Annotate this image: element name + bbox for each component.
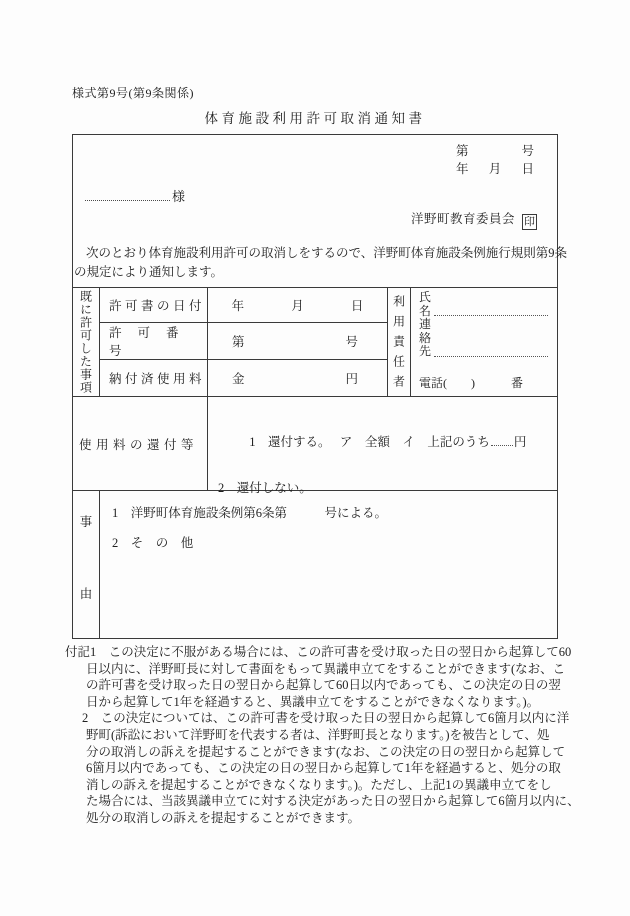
note-line: 付記1 この決定に不服がある場合には、この許可書を受け取った日の翌日から起算して… xyxy=(65,644,565,661)
issuer-name: 洋野町教育委員会 xyxy=(411,212,515,226)
note-line: 2 この決定については、この許可書を受け取った日の翌日から起算して6箇月以内に洋 xyxy=(65,710,565,727)
responsible-user-label: 利用責任者 xyxy=(391,289,408,395)
responsible-user-contact-cell: 氏 名 連 絡 先 電話( ) 番 xyxy=(411,288,557,397)
permit-date-year: 年 xyxy=(232,296,245,314)
recipient-honorific: 様 xyxy=(172,189,185,204)
date-year-label: 年 xyxy=(456,160,469,178)
refund-options-cell: 1 還付する。 ア 全額 イ 上記のうち円 2 還付しない。 xyxy=(208,397,557,491)
document-number-block: 第 号 年 月 日 xyxy=(456,142,534,178)
note-line: 6箇月以内であっても、この決定の日の翌日から起算して1年を経過すると、処分の取 xyxy=(65,760,565,777)
note-line: 野町(訴訟において洋野町を代表する者は、洋野町長となります。)を被告として、処 xyxy=(65,727,565,744)
phone-label: 電話( ) 番 xyxy=(419,374,550,391)
refund-option-1: 1 還付する。 ア 全額 イ 上記のうち円 xyxy=(218,418,557,466)
permit-date-label: 許可書の日付 xyxy=(100,288,208,323)
intro-paragraph: 次のとおり体育施設利用許可の取消しをするので、洋野町体育施設条例施行規則第9条 … xyxy=(74,244,556,282)
note-line: 日から起算して1年を経過すると、異議申立てをすることができなくなります。)。 xyxy=(65,694,565,711)
note-line: 日以内に、洋野町長に対して書面をもって異議申立てをすることができます(なお、こ xyxy=(65,661,565,678)
doc-no-prefix: 第 xyxy=(456,142,469,160)
appended-notes: 付記1 この決定に不服がある場合には、この許可書を受け取った日の翌日から起算して… xyxy=(65,644,565,827)
note-line: 処分の取消しの訴えを提起することができます。 xyxy=(65,810,565,827)
permitted-items-label: 既に許可した事項 xyxy=(78,290,95,394)
reason-label-top: 事 xyxy=(80,512,93,530)
permitted-items-section-cell: 既に許可した事項 xyxy=(73,288,100,397)
note-line: 分の取消しの訴えを提起することができます(なお、この決定の日の翌日から起算して xyxy=(65,744,565,761)
intro-line: 次のとおり体育施設利用許可の取消しをするので、洋野町体育施設条例施行規則第9条 xyxy=(74,244,556,263)
permit-number-prefix: 第 xyxy=(232,332,245,350)
notice-table: 既に許可した事項 許可書の日付 年 月 日 許可番号 第 号 納付済使用料 金 … xyxy=(73,287,557,638)
responsible-user-section-cell: 利用責任者 xyxy=(388,288,411,397)
permit-date-day: 日 xyxy=(351,296,364,314)
refund-amount-fill-line xyxy=(491,442,513,446)
paid-fee-prefix: 金 xyxy=(232,369,245,387)
permit-date-value-cell: 年 月 日 xyxy=(208,288,388,323)
refund-option-1-text: 1 還付する。 ア 全額 イ 上記のうち xyxy=(249,435,490,449)
reason-item-1: 1 洋野町体育施設条例第6条第 号による。 xyxy=(112,505,557,521)
paid-fee-value-cell: 金 円 xyxy=(208,360,388,397)
document-page: 様式第9号(第9条関係) 体育施設利用許可取消通知書 第 号 年 月 日 様 洋… xyxy=(0,0,630,916)
permit-number-suffix: 号 xyxy=(345,332,358,350)
intro-line: の規定により通知します。 xyxy=(74,263,556,282)
reason-item-2: 2 そ の 他 xyxy=(112,535,557,551)
issuer-line: 洋野町教育委員会印 xyxy=(411,209,537,230)
refund-option-1-unit: 円 xyxy=(514,435,527,449)
contact-row: 連 絡 先 xyxy=(419,318,550,359)
note-line: た場合には、当該異議申立てに対する決定があった日の翌日から起算して6箇月以内に、 xyxy=(65,793,565,810)
seal-mark: 印 xyxy=(522,214,537,230)
date-month-label: 月 xyxy=(489,160,502,178)
reason-content-cell: 1 洋野町体育施設条例第6条第 号による。 2 そ の 他 xyxy=(100,491,557,638)
contact-label: 連 絡 先 xyxy=(419,318,431,359)
permit-number-label: 許可番号 xyxy=(100,323,208,360)
notice-box: 第 号 年 月 日 様 洋野町教育委員会印 次のとおり体育施設利用許可の取消しを… xyxy=(72,134,558,639)
note-line: 消しの訴えを提起することができなくなります。)。ただし、上記1の異議申立てをし xyxy=(65,777,565,794)
form-code: 様式第9号(第9条関係) xyxy=(72,84,194,101)
name-label: 氏 名 xyxy=(419,291,431,318)
recipient-fill-line xyxy=(85,186,170,201)
permit-number-value-cell: 第 号 xyxy=(208,323,388,360)
paid-fee-unit: 円 xyxy=(345,369,358,387)
document-number-line: 第 号 xyxy=(456,142,534,160)
permit-date-month: 月 xyxy=(291,296,304,314)
recipient-line: 様 xyxy=(85,186,185,205)
note-line: の許可書を受け取った日の翌日から起算して60日以内であっても、この決定の日の翌 xyxy=(65,677,565,694)
name-row: 氏 名 xyxy=(419,291,550,318)
refund-section-label: 使用料の還付等 xyxy=(73,397,208,491)
page-title: 体育施設利用許可取消通知書 xyxy=(0,107,630,127)
doc-no-suffix: 号 xyxy=(521,142,534,160)
paid-fee-label: 納付済使用料 xyxy=(100,360,208,397)
reason-section-cell: 事 由 xyxy=(73,491,100,638)
contact-fill-line xyxy=(434,355,548,357)
notice-header: 第 号 年 月 日 様 洋野町教育委員会印 次のとおり体育施設利用許可の取消しを… xyxy=(73,135,557,287)
name-fill-line xyxy=(434,314,548,316)
reason-label-bottom: 由 xyxy=(80,584,93,602)
document-date-line: 年 月 日 xyxy=(456,160,534,178)
date-day-label: 日 xyxy=(521,160,534,178)
